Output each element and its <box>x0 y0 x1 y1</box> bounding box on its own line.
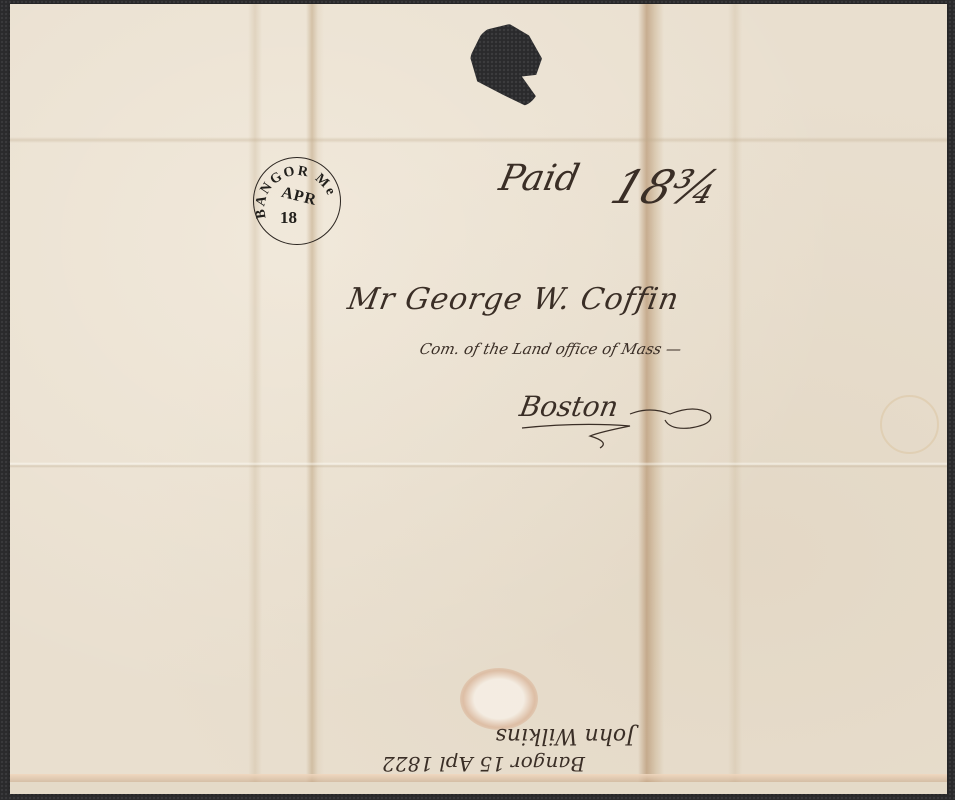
underline-flourish <box>520 402 720 452</box>
fold-line <box>10 137 947 143</box>
fold-line-stained <box>638 4 664 794</box>
postmark-day: 18 <box>280 208 297 228</box>
addressee-name: Mr George W. Coffin <box>345 282 682 317</box>
postage-rate: 18¾ <box>604 160 727 214</box>
paid-notation: Paid <box>496 158 583 199</box>
fold-line <box>248 4 262 794</box>
fold-line <box>728 4 742 794</box>
docket-inverted: Bangor 15 Apl 1822 John Wilkins <box>345 712 635 776</box>
fold-crease <box>10 462 947 468</box>
fold-line <box>306 4 324 794</box>
bottom-flap <box>10 782 947 794</box>
postmark-stamp: BANGOR Me APR 18 <box>253 157 341 245</box>
docket-sender: John Wilkins <box>495 723 635 748</box>
ring-stain <box>880 395 939 454</box>
docket-place-date: Bangor 15 Apl 1822 <box>382 752 585 776</box>
addressee-title: Com. of the Land office of Mass — <box>418 340 683 358</box>
